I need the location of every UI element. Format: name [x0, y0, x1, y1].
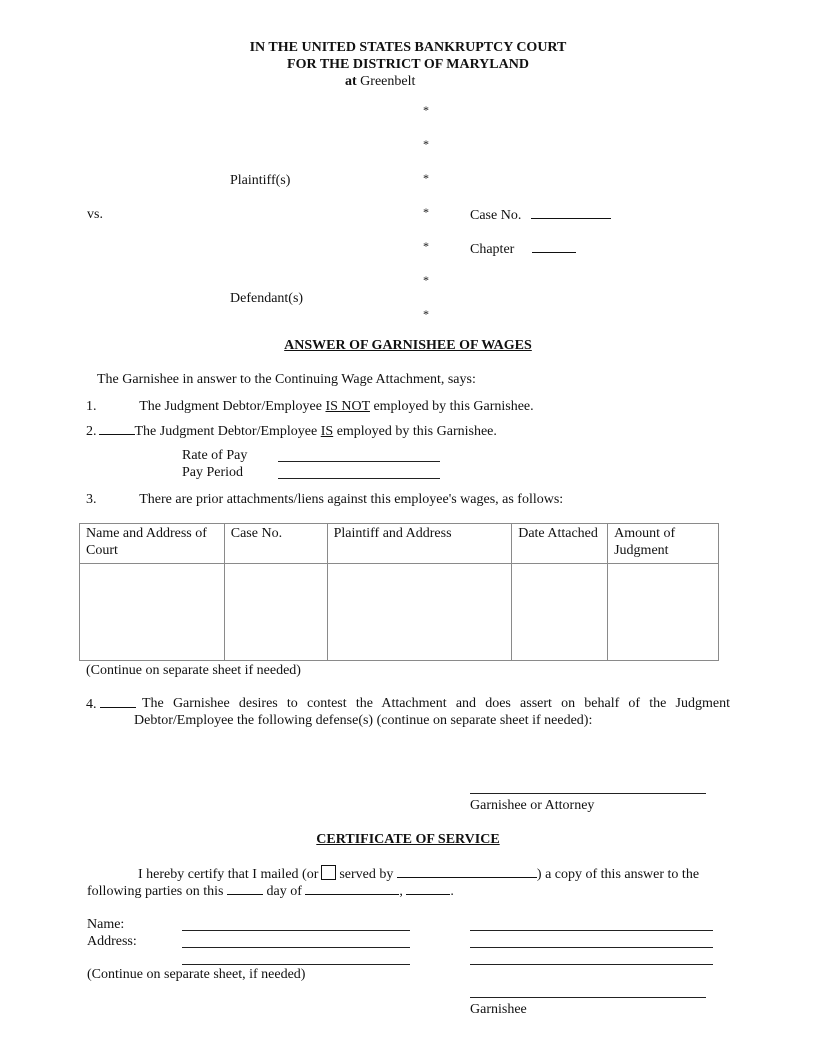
table-continue-note: (Continue on separate sheet if needed)	[86, 662, 301, 679]
garnishee-attorney-signature-line[interactable]	[470, 793, 706, 794]
item-4-text: The Garnishee desires to contest the Att…	[134, 695, 730, 729]
table-cell-date-attached[interactable]	[512, 564, 608, 661]
item-4-text-content: The Garnishee desires to contest the Att…	[134, 696, 730, 728]
party2-address-line1[interactable]	[470, 947, 713, 948]
column-header-court: Name and Address of Court	[80, 524, 225, 564]
caption-star: *	[423, 103, 429, 117]
caption-star: *	[423, 273, 429, 287]
certificate-text: I hereby certify that I mailed (or	[138, 867, 318, 882]
party-address-label: Address:	[87, 933, 137, 950]
certificate-text: following parties on this	[87, 884, 224, 899]
party2-name-line[interactable]	[470, 930, 713, 931]
rate-of-pay-input[interactable]	[278, 461, 440, 462]
item-4-number-row: 4.	[86, 695, 136, 713]
item-2-text: The Judgment Debtor/Employee	[135, 424, 321, 439]
item-3-check-blank[interactable]	[100, 490, 136, 503]
party2-address-line2[interactable]	[470, 964, 713, 965]
certificate-line2: following parties on this day of , .	[87, 882, 454, 900]
table-row	[80, 564, 719, 661]
item-3-text: There are prior attachments/liens agains…	[139, 492, 563, 507]
pay-period-label: Pay Period	[182, 464, 243, 481]
certificate-text: ) a copy of this answer to the	[537, 867, 699, 882]
item-1-text-end: employed by this Garnishee.	[370, 399, 534, 414]
table-cell-amount[interactable]	[608, 564, 719, 661]
vs-label: vs.	[87, 206, 103, 223]
item-4-check-blank[interactable]	[100, 695, 136, 708]
chapter-field: Chapter	[470, 240, 576, 258]
caption-star: *	[423, 171, 429, 185]
item-1-check-blank[interactable]	[100, 397, 136, 410]
column-header-date-attached: Date Attached	[512, 524, 608, 564]
court-name-line1: IN THE UNITED STATES BANKRUPTCY COURT	[0, 39, 816, 56]
served-by-input[interactable]	[397, 865, 537, 878]
location-name: Greenbelt	[360, 74, 415, 89]
certificate-line1: I hereby certify that I mailed (orserved…	[138, 865, 699, 883]
case-number-input[interactable]	[531, 206, 611, 219]
court-location: at Greenbelt	[345, 73, 415, 90]
item-2-emphasis: IS	[321, 424, 333, 439]
intro-text: The Garnishee in answer to the Continuin…	[97, 371, 476, 388]
table-cell-case-no[interactable]	[224, 564, 327, 661]
service-month-input[interactable]	[305, 882, 399, 895]
item-2: 2.The Judgment Debtor/Employee IS employ…	[86, 422, 497, 440]
pay-period-input[interactable]	[278, 478, 440, 479]
party1-name-line[interactable]	[182, 930, 410, 931]
garnishee-signature-line[interactable]	[470, 997, 706, 998]
chapter-input[interactable]	[532, 240, 576, 253]
certificate-text: day of	[267, 884, 302, 899]
court-name-line2: FOR THE DISTRICT OF MARYLAND	[0, 56, 816, 73]
item-3-number: 3.	[86, 492, 97, 507]
caption-star: *	[423, 137, 429, 151]
at-label: at	[345, 74, 357, 89]
item-2-text-end: employed by this Garnishee.	[333, 424, 497, 439]
item-1-text: The Judgment Debtor/Employee	[139, 399, 325, 414]
table-header-row: Name and Address of Court Case No. Plain…	[80, 524, 719, 564]
item-1-emphasis: IS NOT	[325, 399, 369, 414]
column-header-amount: Amount of Judgment	[608, 524, 719, 564]
rate-of-pay-label: Rate of Pay	[182, 447, 247, 464]
item-2-check-blank[interactable]	[99, 422, 135, 435]
case-number-field: Case No.	[470, 206, 611, 224]
chapter-label: Chapter	[470, 242, 514, 257]
served-by-checkbox[interactable]	[321, 865, 336, 880]
plaintiff-label: Plaintiff(s)	[230, 172, 290, 189]
garnishee-attorney-label: Garnishee or Attorney	[470, 797, 594, 814]
party1-address-line2[interactable]	[182, 964, 410, 965]
certificate-title: CERTIFICATE OF SERVICE	[0, 831, 816, 848]
caption-star: *	[423, 307, 429, 321]
column-header-case-no: Case No.	[224, 524, 327, 564]
item-1-number: 1.	[86, 399, 97, 414]
item-4-number: 4.	[86, 697, 97, 712]
service-year-input[interactable]	[406, 882, 450, 895]
case-number-label: Case No.	[470, 208, 521, 223]
caption-star: *	[423, 239, 429, 253]
certificate-text: served by	[339, 867, 393, 882]
garnishee-signature-label: Garnishee	[470, 1001, 527, 1018]
party1-address-line1[interactable]	[182, 947, 410, 948]
prior-liens-table: Name and Address of Court Case No. Plain…	[79, 523, 719, 661]
service-day-input[interactable]	[227, 882, 263, 895]
parties-continue-note: (Continue on separate sheet, if needed)	[87, 966, 305, 983]
item-2-number: 2.	[86, 424, 97, 439]
table-cell-court[interactable]	[80, 564, 225, 661]
column-header-plaintiff: Plaintiff and Address	[327, 524, 512, 564]
item-1: 1. The Judgment Debtor/Employee IS NOT e…	[86, 397, 534, 415]
defendant-label: Defendant(s)	[230, 290, 303, 307]
party-name-label: Name:	[87, 916, 124, 933]
item-3: 3. There are prior attachments/liens aga…	[86, 490, 563, 508]
document-title: ANSWER OF GARNISHEE OF WAGES	[0, 337, 816, 354]
table-cell-plaintiff[interactable]	[327, 564, 512, 661]
caption-star: *	[423, 205, 429, 219]
